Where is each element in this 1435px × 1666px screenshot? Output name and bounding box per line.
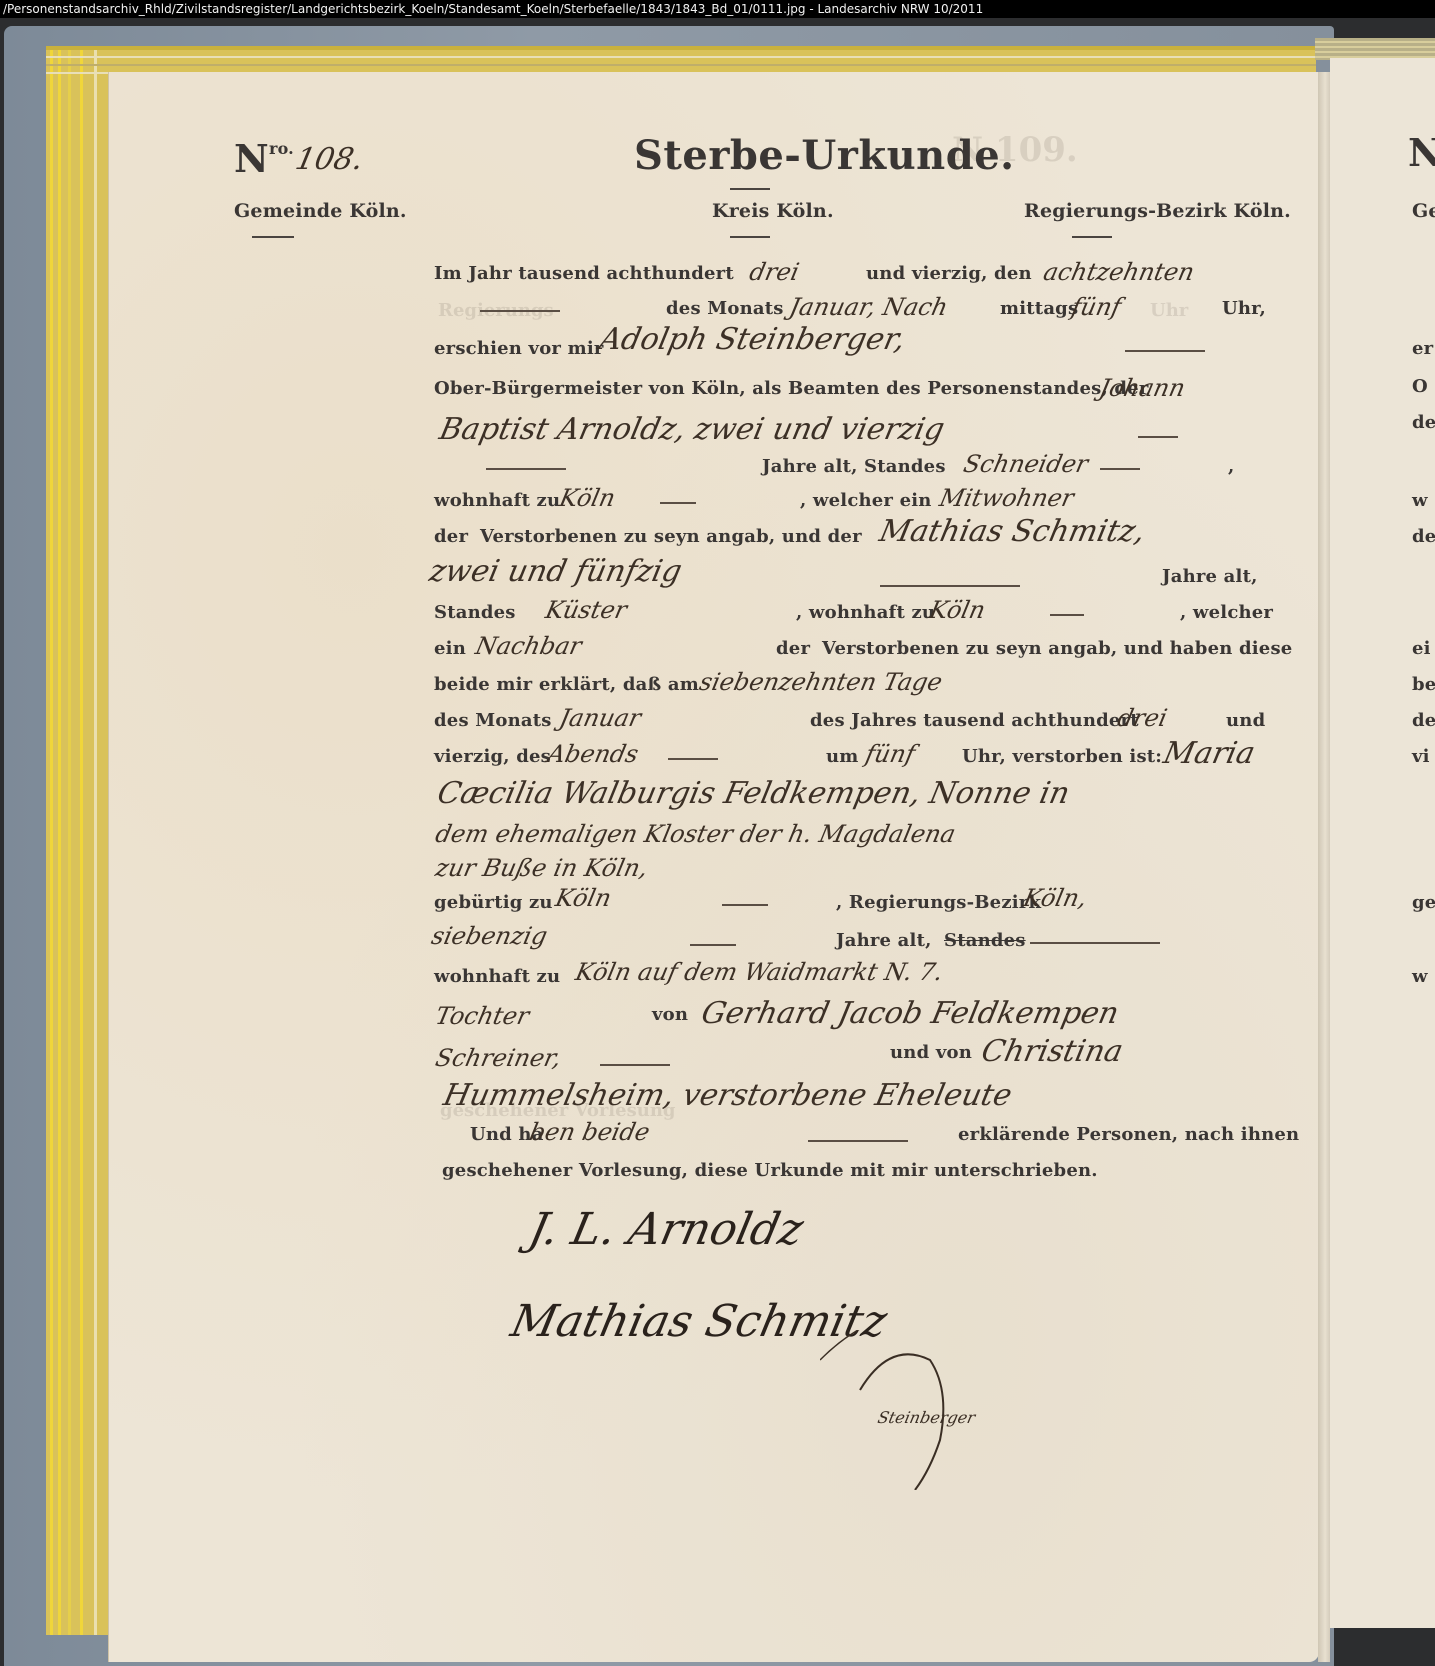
gemeinde-label: Gemeinde Köln.: [234, 200, 407, 222]
handwritten-informant1-first: Johann: [1097, 374, 1188, 402]
facing-page-text: be: [1412, 674, 1435, 695]
handwritten-informant1-relation: Mitwohner: [937, 484, 1076, 512]
facing-page: [1330, 58, 1435, 1628]
handwritten-death-hour: fünf: [863, 740, 918, 768]
printed-text: Uhr, verstorben ist:: [962, 746, 1162, 767]
handwritten-informant2-name: Mathias Schmitz,: [876, 514, 1148, 549]
strike-line: [1030, 942, 1160, 944]
handwritten-officer: Adolph Steinberger,: [596, 322, 908, 357]
handwritten-informant2-status: Küster: [543, 596, 629, 624]
printed-text: mittags: [1000, 298, 1078, 319]
facing-page-text: w: [1412, 966, 1428, 987]
printed-text-struck: Standes: [944, 930, 1026, 951]
facing-page-text: ge: [1412, 892, 1435, 913]
printed-text: des Monats: [666, 298, 784, 319]
title-underline: [730, 188, 770, 190]
printed-text: um: [826, 746, 859, 767]
facing-page-edges: [1315, 38, 1435, 60]
handwritten-death-day: siebenzehnten Tage: [697, 668, 945, 696]
printed-text: wohnhaft zu: [434, 966, 560, 987]
bleed-through-text: Uhr: [1150, 300, 1188, 321]
handwritten-informant2-residence: Köln: [927, 596, 988, 624]
header-divider: [1072, 236, 1112, 238]
printed-text: , welcher ein: [800, 490, 932, 511]
handwritten-day: achtzehnten: [1041, 258, 1197, 286]
blank-line: [808, 1140, 908, 1142]
printed-text: der: [776, 638, 810, 659]
record-number-value: 108.: [292, 142, 366, 177]
printed-text: Uhr,: [1222, 298, 1266, 319]
handwritten-birthplace: Köln: [553, 884, 614, 912]
blank-line: [690, 944, 736, 946]
blank-line: [668, 758, 718, 760]
facing-page-text: w: [1412, 490, 1428, 511]
handwritten-month: Januar, Nach: [787, 293, 950, 321]
printed-text: und vierzig, den: [866, 263, 1032, 284]
printed-text: , Regierungs-Bezirk: [836, 892, 1041, 913]
printed-text: Im Jahr tausend achthundert: [434, 263, 734, 284]
printed-text: des Monats: [434, 710, 552, 731]
handwritten-informant2-age: zwei und fünfzig: [426, 554, 685, 589]
printed-text: erklärende Personen, nach ihnen: [958, 1124, 1299, 1145]
handwritten-informant1-status: Schneider: [961, 450, 1091, 478]
blank-line: [1100, 468, 1140, 470]
printed-text: , wohnhaft zu: [796, 602, 935, 623]
image-path-title: /Personenstandsarchiv_Rhld/Zivilstandsre…: [3, 2, 983, 16]
printed-text: Verstorbenen zu seyn angab, und der: [480, 526, 862, 547]
record-number-label: Nro.: [234, 136, 294, 181]
handwritten-deceased-4: zur Buße in Köln,: [433, 854, 650, 882]
blank-line: [600, 1064, 670, 1066]
facing-page-text: ei: [1412, 638, 1431, 659]
blank-line: [880, 585, 1020, 587]
facing-page-text: er: [1412, 338, 1433, 359]
printed-text: der: [434, 526, 468, 547]
handwritten-birth-district: Köln,: [1021, 884, 1089, 912]
blank-line: [486, 468, 566, 470]
blank-line: [1050, 614, 1084, 616]
facing-page-text: N: [1408, 130, 1435, 175]
handwritten-time-of-day: Abends: [545, 740, 641, 768]
handwritten-death-month: Januar: [557, 704, 644, 732]
blank-line: [1138, 436, 1178, 438]
printed-text: geschehener Vorlesung, diese Urkunde mit…: [442, 1160, 1098, 1181]
kreis-label: Kreis Köln.: [712, 200, 834, 222]
printed-text: erschien vor mir: [434, 338, 604, 359]
handwritten-mother-first: Christina: [978, 1034, 1126, 1069]
blank-line: [660, 502, 696, 504]
handwritten-year: drei: [747, 258, 802, 286]
viewer-title-bar: /Personenstandsarchiv_Rhld/Zivilstandsre…: [0, 0, 1435, 18]
printed-text: Verstorbenen zu seyn angab, und haben di…: [822, 638, 1292, 659]
signature-arnoldz: J. L. Arnoldz: [525, 1204, 808, 1255]
blank-line: [480, 310, 560, 312]
facing-page-text: de: [1412, 710, 1435, 731]
header-divider: [730, 236, 770, 238]
facing-page-text: vi: [1412, 746, 1430, 767]
signature-flourish: [820, 1330, 1000, 1490]
printed-text: gebürtig zu: [434, 892, 553, 913]
handwritten-signed-by: ben beide: [527, 1118, 652, 1146]
facing-page-text: de: [1412, 526, 1435, 547]
printed-text: wohnhaft zu: [434, 490, 560, 511]
handwritten-mother: Hummelsheim, verstorbene Eheleute: [440, 1078, 1015, 1113]
book-gutter: [1318, 72, 1330, 1662]
handwritten-father: Gerhard Jacob Feldkempen: [698, 996, 1122, 1031]
handwritten-relation: Tochter: [433, 1002, 532, 1030]
printed-text: , welcher: [1180, 602, 1273, 623]
handwritten-residence: Köln auf dem Waidmarkt N. 7.: [573, 958, 946, 986]
header-divider: [252, 236, 294, 238]
printed-text: Standes: [434, 602, 516, 623]
printed-text: von: [652, 1004, 688, 1025]
printed-text: vierzig, des: [434, 746, 551, 767]
printed-text: beide mir erklärt, daß am: [434, 674, 699, 695]
blank-line: [722, 904, 768, 906]
handwritten-death-year: drei: [1115, 704, 1170, 732]
handwritten-deceased-1: Maria: [1160, 736, 1258, 771]
printed-text: ,: [1228, 456, 1234, 477]
printed-text: des Jahres tausend achthundert: [810, 710, 1139, 731]
printed-text: Jahre alt,: [836, 930, 932, 951]
printed-text: und von: [890, 1042, 972, 1063]
facing-page-text: O: [1412, 376, 1428, 397]
handwritten-age: siebenzig: [429, 922, 550, 950]
handwritten-deceased-2: Cæcilia Walburgis Feldkempen, Nonne in: [434, 776, 1073, 811]
printed-text: Jahre alt, Standes: [762, 456, 946, 477]
handwritten-informant1: Baptist Arnoldz, zwei und vierzig: [436, 412, 947, 447]
handwritten-informant2-relation: Nachbar: [473, 632, 584, 660]
handwritten-hour: fünf: [1069, 293, 1124, 321]
blank-line: [1125, 350, 1205, 352]
printed-text: und: [1226, 710, 1265, 731]
handwritten-father-status: Schreiner,: [433, 1044, 564, 1072]
facing-page-text: de: [1412, 412, 1435, 433]
printed-text: ein: [434, 638, 466, 659]
handwritten-deceased-3: dem ehemaligen Kloster der h. Magdalena: [433, 820, 958, 848]
facing-page-text: Ge: [1412, 200, 1435, 222]
document-title: Sterbe-Urkunde.: [634, 132, 1015, 179]
regierungsbezirk-label: Regierungs-Bezirk Köln.: [1024, 200, 1291, 222]
handwritten-informant1-residence: Köln: [557, 484, 618, 512]
printed-text: Jahre alt,: [1162, 566, 1258, 587]
printed-text: Ober-Bürgermeister von Köln, als Beamten…: [434, 378, 1149, 399]
